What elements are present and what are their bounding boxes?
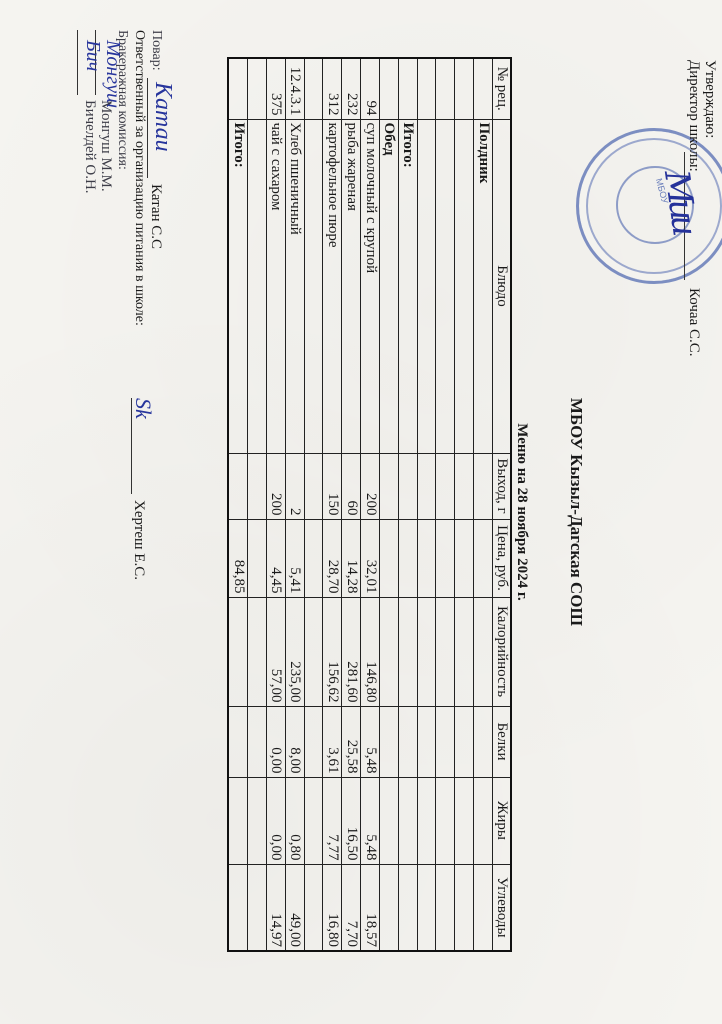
cell-protein: 25,58 <box>342 706 361 777</box>
cell-price: 32,01 <box>361 519 380 597</box>
cell-yield: 200 <box>361 453 380 519</box>
cell-calories: 156,62 <box>323 597 342 706</box>
cell-dish-name <box>304 119 323 453</box>
table-row <box>417 58 436 951</box>
cell-protein <box>228 706 248 777</box>
cell-protein <box>398 706 417 777</box>
column-header-calories: Калорийность <box>493 597 512 706</box>
commission-member-2: Бичелдей О.Н. <box>81 100 98 194</box>
cell-protein <box>455 706 474 777</box>
cell-dish-name: Обед <box>379 119 398 453</box>
cell-protein: 0,00 <box>266 706 285 777</box>
cell-yield: 150 <box>323 453 342 519</box>
cell-carbs <box>474 864 493 951</box>
cell-fat: 5,48 <box>361 777 380 864</box>
cell-dish-name: Итого: <box>228 119 248 453</box>
cell-fat: 16,50 <box>342 777 361 864</box>
cell-dish-name <box>248 119 267 453</box>
menu-table: № рец. Блюдо Выход, г Цена, руб. Калорий… <box>227 57 512 952</box>
cell-protein <box>417 706 436 777</box>
cell-protein <box>304 706 323 777</box>
cell-calories: 57,00 <box>266 597 285 706</box>
cell-calories <box>455 597 474 706</box>
cell-price: 5,41 <box>285 519 304 597</box>
column-header-carbs: Углеводы <box>493 864 512 951</box>
cell-calories: 281,60 <box>342 597 361 706</box>
cell-carbs <box>436 864 455 951</box>
cell-calories: 146,80 <box>361 597 380 706</box>
cell-dish-name: рыба жареная <box>342 119 361 453</box>
cell-recipe-number <box>474 58 493 119</box>
cell-recipe-number: 94 <box>361 58 380 119</box>
cell-recipe-number <box>248 58 267 119</box>
cell-calories <box>417 597 436 706</box>
menu-document: МБОУ Утверждаю: Директор школы: Мии Коча… <box>0 0 722 1024</box>
school-name: МБОУ Кызыл-Дагская СОШ <box>566 0 586 1024</box>
cell-price <box>474 519 493 597</box>
cell-yield <box>436 453 455 519</box>
cell-dish-name: картофельное пюре <box>323 119 342 453</box>
cell-fat: 7,77 <box>323 777 342 864</box>
cell-yield: 200 <box>266 453 285 519</box>
cell-carbs <box>228 864 248 951</box>
menu-date: Меню на 28 ноября 2024 г. <box>513 0 530 1024</box>
cell-recipe-number: 232 <box>342 58 361 119</box>
cell-dish-name <box>436 119 455 453</box>
cell-price <box>455 519 474 597</box>
column-header-recipe: № рец. <box>493 58 512 119</box>
cell-calories <box>474 597 493 706</box>
cell-calories <box>248 597 267 706</box>
cell-calories <box>436 597 455 706</box>
cell-price <box>398 519 417 597</box>
cell-fat <box>304 777 323 864</box>
cell-fat <box>398 777 417 864</box>
cell-protein <box>436 706 455 777</box>
cell-price <box>379 519 398 597</box>
table-row <box>248 58 267 951</box>
responsible-name: Хертеш Е.С. <box>130 500 147 580</box>
cell-price <box>304 519 323 597</box>
cook-signature-line <box>147 78 148 178</box>
table-row <box>455 58 474 951</box>
cell-yield <box>228 453 248 519</box>
cell-calories <box>304 597 323 706</box>
cell-protein <box>379 706 398 777</box>
cell-price: 14,28 <box>342 519 361 597</box>
cell-recipe-number <box>398 58 417 119</box>
commission-member-1: Монгуш М.М. <box>97 100 114 192</box>
cell-dish-name <box>417 119 436 453</box>
cell-yield <box>248 453 267 519</box>
cell-recipe-number <box>228 58 248 119</box>
cell-yield <box>455 453 474 519</box>
cell-yield <box>398 453 417 519</box>
director-name: Кочаа С.С. <box>685 288 702 357</box>
cell-protein: 8,00 <box>285 706 304 777</box>
column-header-yield: Выход, г <box>493 453 512 519</box>
cook-signature: Катаи <box>149 82 176 152</box>
cook-label: Повар: <box>148 30 164 71</box>
table-total-row: Итого:84,85 <box>228 58 248 951</box>
cell-fat <box>248 777 267 864</box>
cell-yield: 60 <box>342 453 361 519</box>
table-row: 232рыба жареная6014,28281,6025,5816,507,… <box>342 58 361 951</box>
column-header-dish: Блюдо <box>493 119 512 453</box>
cell-yield <box>417 453 436 519</box>
cell-dish-name: чай с сахаром <box>266 119 285 453</box>
cell-carbs <box>304 864 323 951</box>
cell-recipe-number: 312 <box>323 58 342 119</box>
menu-table-body: ПолдникИтого:Обед94суп молочный с крупой… <box>228 58 493 951</box>
director-label: Директор школы: <box>685 60 702 172</box>
responsible-signature: Sk <box>130 398 156 419</box>
cell-yield <box>379 453 398 519</box>
cell-price <box>248 519 267 597</box>
commission-signature-1: Монгуш <box>101 40 124 108</box>
table-row <box>436 58 455 951</box>
cell-protein <box>474 706 493 777</box>
table-row <box>304 58 323 951</box>
cell-price: 4,45 <box>266 519 285 597</box>
table-section-row: Обед <box>379 58 398 951</box>
cell-recipe-number <box>304 58 323 119</box>
cell-dish-name <box>455 119 474 453</box>
cell-carbs <box>417 864 436 951</box>
cell-yield <box>474 453 493 519</box>
cell-protein <box>248 706 267 777</box>
table-section-row: Полдник <box>474 58 493 951</box>
cell-carbs <box>248 864 267 951</box>
cell-price <box>417 519 436 597</box>
column-header-protein: Белки <box>493 706 512 777</box>
cell-carbs <box>379 864 398 951</box>
cell-fat: 0,80 <box>285 777 304 864</box>
cell-yield <box>304 453 323 519</box>
cell-recipe-number: 375 <box>266 58 285 119</box>
cell-carbs: 18,57 <box>361 864 380 951</box>
cell-carbs <box>455 864 474 951</box>
cell-recipe-number <box>379 58 398 119</box>
cell-fat <box>474 777 493 864</box>
cook-name: Катан С.С <box>147 184 164 249</box>
approved-label: Утверждаю: <box>701 60 718 138</box>
cell-fat <box>436 777 455 864</box>
column-header-price: Цена, руб. <box>493 519 512 597</box>
cell-calories <box>379 597 398 706</box>
cell-recipe-number <box>436 58 455 119</box>
cell-dish-name: Итого: <box>398 119 417 453</box>
commission-signature-2: Бич <box>81 40 104 71</box>
cell-fat <box>455 777 474 864</box>
cell-recipe-number: 12.4.3.1 <box>285 58 304 119</box>
cell-price: 28,70 <box>323 519 342 597</box>
cell-calories <box>398 597 417 706</box>
cell-dish-name: Хлеб пшеничный <box>285 119 304 453</box>
table-row: 94суп молочный с крупой20032,01146,805,4… <box>361 58 380 951</box>
table-row: 312картофельное пюре15028,70156,623,617,… <box>323 58 342 951</box>
cell-dish-name: Полдник <box>474 119 493 453</box>
table-header-row: № рец. Блюдо Выход, г Цена, руб. Калорий… <box>493 58 512 951</box>
cell-calories <box>228 597 248 706</box>
cell-protein: 5,48 <box>361 706 380 777</box>
commission-signature-line-2 <box>77 30 78 95</box>
cell-price: 84,85 <box>228 519 248 597</box>
cell-dish-name: суп молочный с крупой <box>361 119 380 453</box>
cell-yield: 2 <box>285 453 304 519</box>
cell-carbs: 49,00 <box>285 864 304 951</box>
cell-recipe-number <box>455 58 474 119</box>
responsible-label: Ответственный за организацию питания в ш… <box>131 30 147 326</box>
table-total-row: Итого: <box>398 58 417 951</box>
cell-carbs: 14,97 <box>266 864 285 951</box>
cell-fat <box>228 777 248 864</box>
cell-carbs: 7,70 <box>342 864 361 951</box>
cell-recipe-number <box>417 58 436 119</box>
director-signature: Мии <box>656 168 704 234</box>
table-row: 375чай с сахаром2004,4557,000,000,0014,9… <box>266 58 285 951</box>
cell-protein: 3,61 <box>323 706 342 777</box>
cell-carbs: 16,80 <box>323 864 342 951</box>
cell-fat <box>417 777 436 864</box>
cell-fat: 0,00 <box>266 777 285 864</box>
cell-carbs <box>398 864 417 951</box>
table-row: 12.4.3.1Хлеб пшеничный25,41235,008,000,8… <box>285 58 304 951</box>
cell-price <box>436 519 455 597</box>
column-header-fat: Жиры <box>493 777 512 864</box>
cell-fat <box>379 777 398 864</box>
cell-calories: 235,00 <box>285 597 304 706</box>
